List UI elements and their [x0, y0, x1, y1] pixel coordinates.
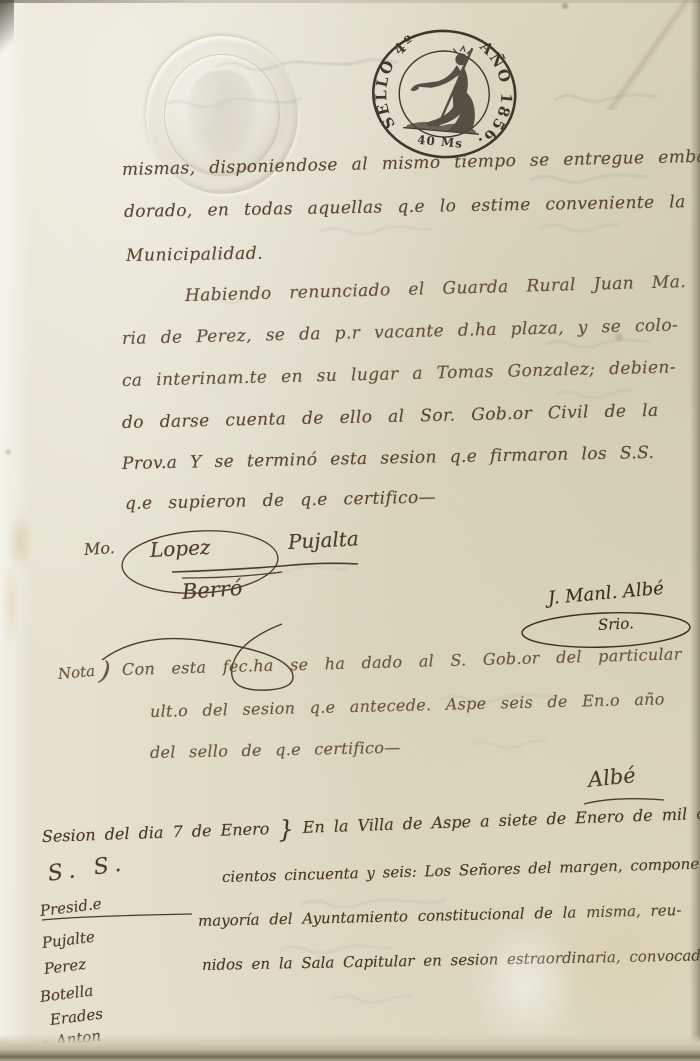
manuscript-line: ria de Perez, se da p.r vacante d.ha pla…: [122, 315, 679, 349]
attendee-name: Anton: [55, 1027, 102, 1050]
session-line: nidos en la Sala Capitular en sesion est…: [202, 946, 700, 974]
stamp-arc-left-label: SELLO 4º: [369, 28, 421, 134]
session-heading-row: Sesion del dia 7 de Enero } En la Villa …: [42, 800, 700, 852]
session-heading: Sesion del dia 7 de Enero: [42, 819, 270, 846]
nota-signature: Albé: [587, 763, 637, 792]
stamp-arc-left-text: SELLO 4º: [369, 28, 421, 134]
session-heading-brace: }: [278, 815, 294, 844]
manuscript-line: Municipalidad.: [126, 244, 264, 266]
signature-lopez: Lopez: [149, 535, 211, 562]
page-top-edge: [0, 0, 700, 3]
attendee-name: Presid.e: [39, 895, 103, 920]
attendee-name: Erades: [49, 1005, 104, 1029]
attendee-name: Pujalte: [41, 928, 96, 952]
session-line: cientos cincuenta y seis: Los Señores de…: [222, 853, 700, 886]
session-margin-label: S. S.: [46, 851, 128, 887]
crease-line: [600, 0, 700, 110]
nota-line: del sello de q.e certifico—: [150, 738, 401, 762]
nota-line: ult.o del sesion q.e antecede. Aspe seis…: [150, 689, 665, 721]
stamp-denomination-label: 40 Ms: [417, 133, 464, 151]
signature-pujalta: Pujalta: [287, 526, 359, 554]
manuscript-line: q.e supieron de q.e certifico—: [125, 487, 436, 514]
foxing-stain: [0, 560, 20, 650]
session-line: En la Villa de Aspe a siete de Enero de …: [302, 803, 700, 837]
foxing-spot: [560, 2, 570, 10]
seated-allegorical-figure-icon: [405, 42, 484, 135]
berro-rubric-flourish: [92, 598, 342, 698]
manuscript-line: Habiendo renunciado el Guarda Rural Juan…: [185, 272, 687, 306]
manuscript-line: do darse cuenta de ello al Sor. Gob.or C…: [122, 401, 659, 433]
nota-label: Nota: [57, 662, 96, 683]
stamp-arc-right-label: AÑO 1856.: [467, 36, 521, 155]
manuscript-line: ca interinam.te en su lugar a Tomas Gonz…: [122, 357, 676, 391]
ink-blot: [40, 1040, 50, 1050]
foxing-stain: [6, 512, 32, 572]
stamp-arc-right-text: AÑO 1856.: [467, 36, 521, 155]
nota-brace: ): [98, 656, 112, 687]
page-corner-dark: [0, 0, 14, 60]
manuscript-line: Prov.a Y se terminó esta sesion q.e firm…: [122, 443, 655, 474]
embossed-seal-crest: [186, 70, 258, 162]
session-line: mayoría del Ayuntamiento constitucional …: [198, 901, 682, 930]
manuscript-page: SELLO 4º AÑO 1856. 40 Ms mismas, disponi…: [0, 0, 700, 1061]
signature-prefix: Mo.: [83, 538, 115, 559]
foxing-spot: [4, 448, 12, 456]
manuscript-line: dorado, en todas aquellas q.e lo estime …: [124, 192, 686, 222]
tax-stamp-graphic: SELLO 4º AÑO 1856. 40 Ms: [360, 21, 527, 172]
attendee-name: Perez: [43, 955, 87, 978]
signature-secretary-title: Srio.: [598, 614, 635, 634]
attendee-name: Botella: [39, 982, 94, 1006]
signature-berro: Berró: [181, 576, 243, 604]
pale-streak: [470, 920, 580, 1050]
page-bottom-edge: [0, 1034, 700, 1061]
signature-secretary: J. Manl. Albé: [547, 578, 665, 609]
page-left-edge: [0, 0, 30, 1061]
nota-line: Con esta fec.ha se ha dado al S. Gob.or …: [122, 644, 682, 679]
tax-stamp-1856: SELLO 4º AÑO 1856. 40 Ms: [360, 21, 527, 172]
